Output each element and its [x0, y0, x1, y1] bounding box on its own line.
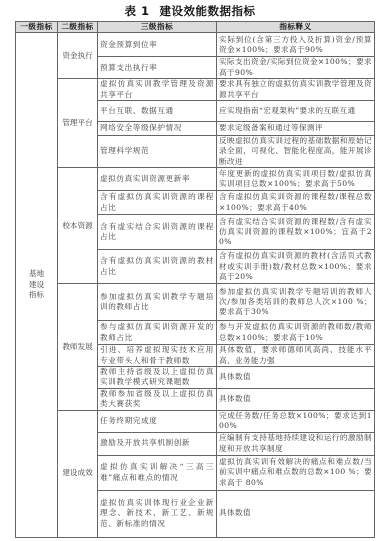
level2-cell: 管理平台 — [58, 79, 98, 168]
level1-cell: 基地 建设 指标 — [16, 33, 58, 537]
table-row: 建设成效 任务终期完成度 完成任务数/任务总数×100%；要求达到100% — [16, 410, 375, 432]
definition-cell: 完成任务数/任务总数×100%；要求达到100% — [217, 410, 375, 432]
definition-cell: 参加虚拟仿真实训教学专题培训的教师人次/参加各类培训的教师总人次×100 %；要… — [217, 284, 375, 321]
level3-cell: 参与虚拟仿真实训资源开发的教师占比 — [98, 321, 217, 345]
level3-cell: 参加虚拟仿真实训教学专题培训的教师占比 — [98, 284, 217, 321]
definition-cell: 实际支出资金/实际到位资金×100%；要求高于90% — [217, 57, 375, 79]
header-level3: 三级指标 — [98, 22, 217, 33]
level3-cell: 教师参加省级及以上虚拟仿真类大赛获奖 — [98, 388, 217, 410]
definition-cell: 含有虚实结合实训资源的课程数/含有虚实仿真实训资源的课程数×100%；宜高于20… — [217, 215, 375, 250]
table-title: 建设效能数据指标 — [160, 4, 256, 18]
level3-cell: 引进、培养虚拟现实技术应用专业带头人和骨干教师数 — [98, 345, 217, 367]
level3-cell: 网络安全等级保护情况 — [98, 122, 217, 136]
level3-cell: 虚拟仿真实训体现行业企业新理念、新技术、新工艺、新规范、新标准的情况 — [98, 490, 217, 537]
definition-cell: 含有虚拟仿真实训资源的课程数/课程总数×100%；要求高于40% — [217, 191, 375, 215]
level3-cell: 预算支出执行率 — [98, 57, 217, 79]
level3-cell: 含有虚拟仿真实训资源的教材占比 — [98, 250, 217, 284]
level3-cell: 教师主持省级及以上虚拟仿真实训教学模式研究课题数 — [98, 367, 217, 389]
level3-cell: 含有虚拟仿真实训资源的课程占比 — [98, 191, 217, 215]
level2-cell: 校本资源 — [58, 168, 98, 284]
definition-cell: 具体数值 — [217, 367, 375, 389]
level3-cell: 激励及开放共享机制创新 — [98, 432, 217, 455]
definition-cell: 具体数值，要求师德师风高尚、技能水平高、业务能力强 — [217, 345, 375, 367]
header-row: 一级指标 二级指标 三级指标 指标释义 — [16, 22, 375, 33]
level3-cell: 资金预算到位率 — [98, 33, 217, 57]
header-level2: 二级指标 — [58, 22, 98, 33]
level3-cell: 含有虚实结合实训资源的课程占比 — [98, 215, 217, 250]
level3-cell: 虚拟仿真实训解决“三高三难”痛点和难点的情况 — [98, 455, 217, 490]
level2-cell: 建设成效 — [58, 410, 98, 537]
definition-cell: 应实现指南“宏观架构”要求的互联互通 — [217, 101, 375, 122]
header-definition: 指标释义 — [217, 22, 375, 33]
definition-cell: 具体数值 — [217, 388, 375, 410]
level2-cell: 资金执行 — [58, 33, 98, 79]
table-row: 管理平台 虚拟仿真实训教学管理及资源共享平台 要求具有独立的虚拟仿真实训教学管理… — [16, 79, 375, 101]
level3-cell: 平台互联、数据互通 — [98, 101, 217, 122]
definition-cell: 虚拟仿真实训有效解决的痛点和难点数/当前实训中痛点和难点数的总数×100 %；要… — [217, 455, 375, 490]
indicator-table: 一级指标 二级指标 三级指标 指标释义 基地 建设 指标 资金执行 资金预算到位… — [15, 21, 375, 538]
definition-cell: 应编制有支持基地持续建设和运行的激励制度和开放共享制度 — [217, 432, 375, 455]
header-level1: 一级指标 — [16, 22, 58, 33]
definition-cell: 具体数值 — [217, 490, 375, 537]
table-row: 教师发展 参加虚拟仿真实训教学专题培训的教师占比 参加虚拟仿真实训教学专题培训的… — [16, 284, 375, 321]
definition-cell: 含有虚拟仿真实训资源的教材(含活页式教材或实训手册)数/教材总数×100%；要求… — [217, 250, 375, 284]
table-row: 基地 建设 指标 资金执行 资金预算到位率 实际到位(含第三方投入及折算)资金/… — [16, 33, 375, 57]
definition-cell: 参与开发虚拟仿真实训资源的教师数/教师总数×100%；要求高于10% — [217, 321, 375, 345]
level3-cell: 管理科学规范 — [98, 136, 217, 168]
definition-cell: 年度更新的虚拟仿真实训项目数/虚拟仿真实训项目总数×100%；要求高于50% — [217, 168, 375, 191]
level3-cell: 虚拟仿真实训资源更新率 — [98, 168, 217, 191]
table-row: 校本资源 虚拟仿真实训资源更新率 年度更新的虚拟仿真实训项目数/虚拟仿真实训项目… — [16, 168, 375, 191]
definition-cell: 要求具有独立的虚拟仿真实训教学管理及资源共享平台 — [217, 79, 375, 101]
level2-cell: 教师发展 — [58, 284, 98, 410]
table-number: 表 1 — [124, 4, 149, 18]
level3-cell: 任务终期完成度 — [98, 410, 217, 432]
level1-label: 基地 建设 指标 — [29, 269, 44, 299]
table-caption: 表 1建设效能数据指标 — [0, 3, 380, 19]
definition-cell: 反映虚拟仿真实训过程的基础数据和原始记录全面，可视化、智能化程度高，能开展诊断改… — [217, 136, 375, 168]
definition-cell: 要求定级备案和通过等保测评 — [217, 122, 375, 136]
definition-cell: 实际到位(含第三方投入及折算)资金/预算资金×100%；要求高于90% — [217, 33, 375, 57]
level3-cell: 虚拟仿真实训教学管理及资源共享平台 — [98, 79, 217, 101]
